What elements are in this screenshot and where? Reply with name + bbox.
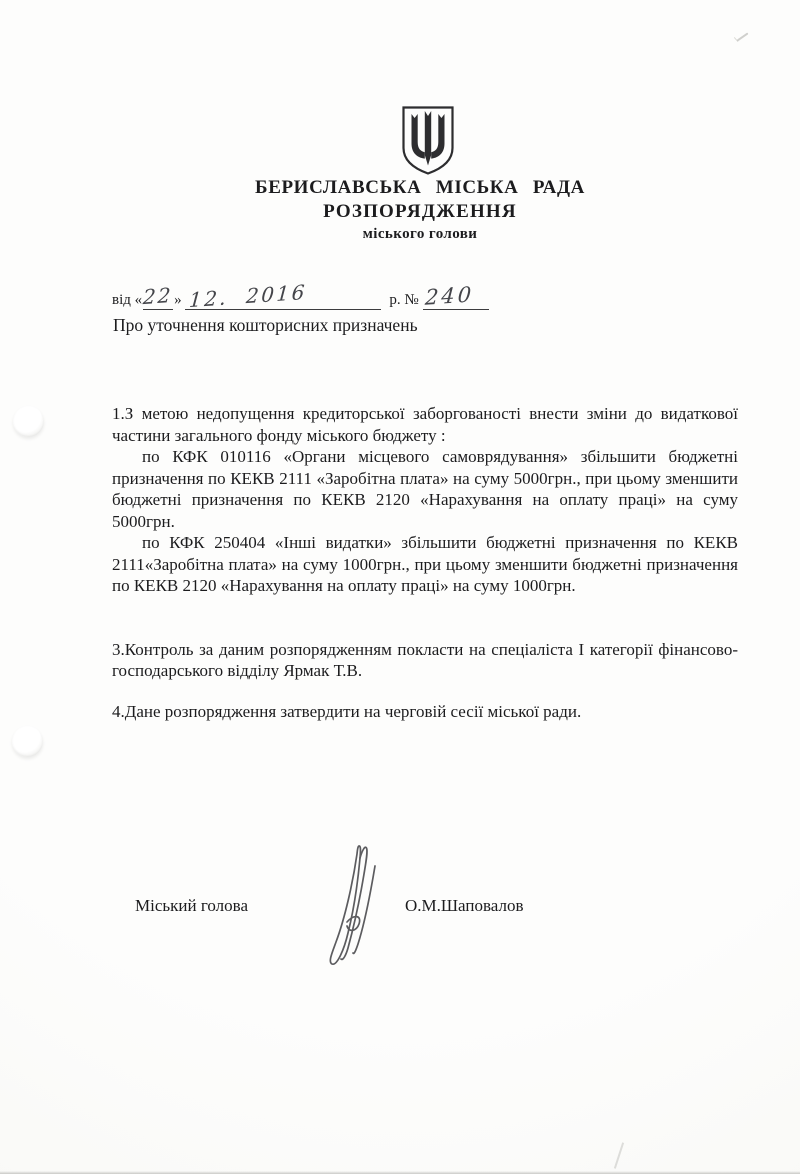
body-paragraph-5: 4.Дане розпорядження затвердити на черго… (112, 701, 738, 723)
document-header: БЕРИСЛАВСЬКА МІСЬКА РАДА РОЗПОРЯДЖЕННЯ м… (40, 176, 800, 245)
signatory-name: О.М.Шаповалов (405, 896, 523, 916)
scan-scratch (614, 1142, 624, 1168)
handwritten-signature (320, 836, 392, 968)
scanned-document-page: БЕРИСЛАВСЬКА МІСЬКА РАДА РОЗПОРЯДЖЕННЯ м… (0, 0, 800, 1174)
signatory-role: Міський голова (135, 896, 248, 916)
date-line: від «22» 12. 2016р. №240 (112, 290, 489, 310)
date-middle-label: р. № (389, 292, 418, 308)
handwritten-day: 22 (143, 288, 173, 304)
body-paragraph-2: по КФК 010116 «Органи місцевого самовряд… (112, 446, 738, 532)
date-number-slot: 240 (423, 290, 489, 310)
body-paragraph-4: 3.Контроль за даним розпорядженням покла… (112, 639, 738, 682)
trident-emblem-icon (399, 104, 457, 177)
document-body: 1.З метою недопущення кредиторської забо… (112, 403, 738, 722)
document-type-title: РОЗПОРЯДЖЕННЯ (40, 200, 800, 224)
date-month-year-slot: 12. 2016 (185, 290, 381, 310)
scan-blemish (737, 32, 749, 41)
hole-punch (13, 406, 44, 437)
date-day-slot: 22 (143, 290, 173, 310)
issuer-subtitle: міського голови (40, 224, 800, 245)
handwritten-number: 240 (424, 287, 474, 305)
date-prefix: від « (112, 292, 142, 308)
date-close-quote: » (174, 292, 182, 308)
body-paragraph-1: 1.З метою недопущення кредиторської забо… (112, 403, 738, 446)
body-paragraph-3: по КФК 250404 «Інші видатки» збільшити б… (112, 532, 738, 597)
hole-punch (12, 726, 43, 757)
subject-line: Про уточнення кошторисних призначень (113, 315, 418, 336)
council-name: БЕРИСЛАВСЬКА МІСЬКА РАДА (40, 176, 800, 200)
handwritten-month-year: 12. 2016 (189, 285, 308, 307)
